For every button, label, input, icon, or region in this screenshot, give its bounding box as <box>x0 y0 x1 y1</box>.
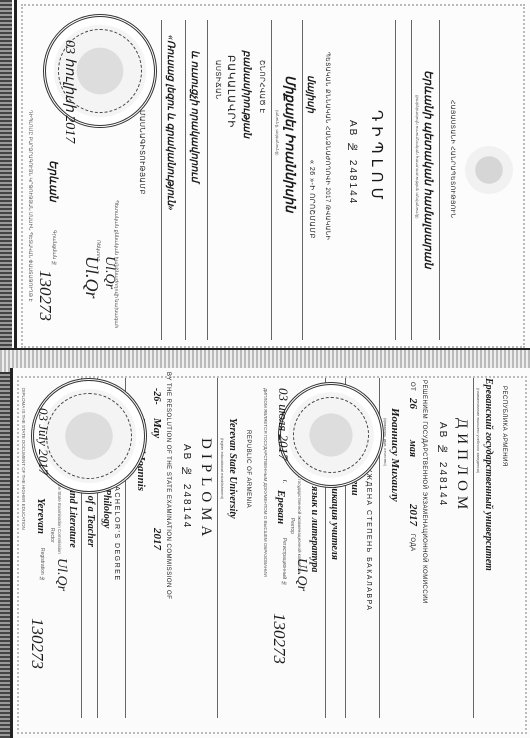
ru-city: Ереван <box>275 490 287 524</box>
registration-label: Գրանցման № <box>51 230 57 267</box>
ru-institution-caption: (наименование высшего учебного заведения… <box>476 388 481 473</box>
ru-day-prefix: ОТ <box>409 382 415 391</box>
specialty-label: ՄԱՍՆԱԳԻՏՈՒԹՅԱՄԲ <box>137 110 145 195</box>
en-issue-date: 03 July 2017 <box>35 408 51 475</box>
en-institution-caption: (higher educational establishment) <box>220 438 225 499</box>
en-day: -26- <box>151 388 162 405</box>
chairman-signature: Ul.Qr <box>101 256 117 289</box>
en-footer: DIPLOMA IS THE STATE DOCUMENT OF THE HIG… <box>21 388 26 530</box>
ru-month: мая <box>407 440 418 457</box>
issue-date: 03 հուլիսի 2017 <box>61 40 77 143</box>
ru-registration-label: Регистрационный № <box>281 538 287 587</box>
registration-number: 130273 <box>35 270 55 321</box>
recipient-name: Միքայել Իոաննիսին <box>282 75 298 212</box>
ru-name-caption: (фамилия, имя, отчество) <box>383 418 388 466</box>
diploma-title: ԴԻՊԼՈՄ <box>367 110 385 205</box>
en-resolution: BY THE RESOLUTION OF THE STATE EXAMINATI… <box>165 372 171 599</box>
en-city: Yerevan <box>35 498 47 534</box>
ru-country: РЕСПУБЛИКА АРМЕНИЯ <box>501 386 507 467</box>
institution-caption: (բարձրագույն ուսումնական հաստատության ան… <box>415 95 420 219</box>
ru-year-suffix: ГОДА <box>409 534 415 552</box>
qualification-field: և ուսուցչի որակավորում <box>189 50 200 182</box>
name-caption: (անունը, ազգանունը) <box>275 110 280 156</box>
institution-name: Երևանի պետական համալսարան <box>422 70 435 269</box>
ru-footer: ДИПЛОМ ЯВЛЯЕТСЯ ГОСУДАРСТВЕННЫМ ДОКУМЕНТ… <box>263 388 268 577</box>
ru-title: ДИПЛОМ <box>453 418 470 514</box>
en-rector-label: Rector <box>49 528 55 543</box>
issue-city: Երևան <box>47 160 60 202</box>
ru-institution: Ереванский государственный университет <box>483 378 494 571</box>
footer-text: ԴԻՊԼՈՄԸ ԲԱՐՁՐԱԳՈՒՅՆ ԿՐԹՈՒԹՅԱՆ ՄԱՍԻՆ ՊԵՏԱ… <box>27 110 33 302</box>
en-registration-label: Registration № <box>39 548 45 582</box>
awarded-label: ՇՆՈՐՀՎԱԾ Է <box>257 60 265 114</box>
resolution-text: ՊԵՏԱԿԱՆ ՔՆՆԱԿԱՆ ՀԱՆՁՆԱԺՈՂՈՎԻ 2017 ԹՎԱԿԱՆ… <box>324 52 331 240</box>
ru-issue-date: 03 июля 2017 <box>275 388 291 461</box>
program-field: «Ռուսաց լեզու և գրականություն» <box>165 35 176 211</box>
degree-suffix: ԱՍՏԻՃԱՆ <box>213 60 221 100</box>
ru-registration-number: 130273 <box>269 613 289 664</box>
ru-city-prefix: г. <box>281 480 287 483</box>
ru-signature: Ul.Qr <box>293 558 309 591</box>
en-year: 2017 <box>151 528 163 550</box>
ru-resolution: РЕШЕНИЕМ ГОСУДАРСТВЕННОЙ ЭКЗАМЕНАЦИОННОЙ… <box>421 380 427 604</box>
en-institution: Yerevan State University <box>227 418 238 519</box>
english-russian-page: РЕСПУБЛИКА АРМЕНИЯ Ереванский государств… <box>10 368 530 738</box>
ru-number: АВ № 248144 <box>437 422 448 507</box>
rector-signature: Ul.Qr <box>81 256 102 299</box>
armenian-page: ՀԱՅԱՍՏԱՆԻ ՀԱՆՐԱՊԵՏՈՒԹՅՈՒՆ Երևանի պետական… <box>14 0 530 352</box>
en-country: REPUBLIC OF ARMENIA <box>245 430 251 508</box>
en-number: AB № 248144 <box>181 444 192 529</box>
ru-recipient-name: Иоаннису Михаилу <box>389 408 401 502</box>
en-signature: Ul.Qr <box>53 558 69 591</box>
day-field: « 26 »-ի ՈՐՈՇՄԱՄԲ <box>307 160 315 239</box>
ru-year: 2017 <box>407 504 419 526</box>
en-degree: BACHELOR'S DEGREE <box>113 480 120 582</box>
ru-day: 26 <box>407 398 419 409</box>
specialty-field: բանասիրության <box>241 50 252 138</box>
ru-rector-label: Ректор <box>289 518 295 534</box>
degree-label: ԲԱԿԱԼԱՎՐԻ <box>225 55 236 128</box>
en-registration-number: 130273 <box>27 618 47 669</box>
month-field: մայիսի <box>305 75 316 113</box>
coat-of-arms-emblem <box>465 146 513 194</box>
en-title: DIPLOMA <box>197 438 214 541</box>
diploma-number: AB № 248144 <box>347 120 358 205</box>
country-name: ՀԱՅԱՍՏԱՆԻ ՀԱՆՐԱՊԵՏՈՒԹՅՈՒՆ <box>449 100 456 218</box>
ru-university-seal <box>278 382 384 488</box>
en-month: May <box>151 418 163 438</box>
